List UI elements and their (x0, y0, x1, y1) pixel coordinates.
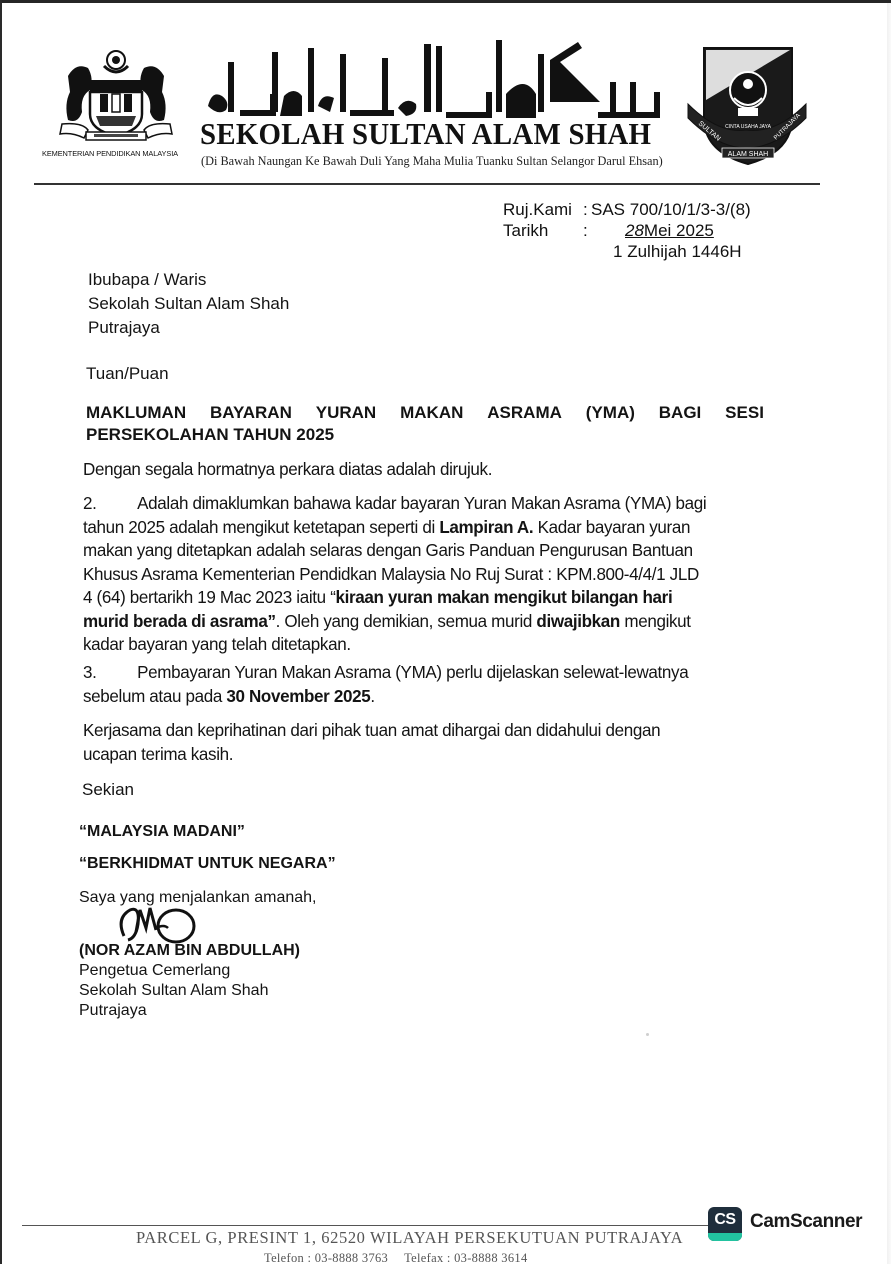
subject-word: MAKAN (400, 402, 463, 424)
slogan-malaysia-madani: “MALAYSIA MADANI” (79, 823, 245, 841)
subject-word: BAGI (659, 402, 702, 424)
ref-label: Ruj.Kami (503, 199, 583, 220)
signatory-title: Pengetua Cemerlang (79, 961, 300, 981)
subject-word: MAKLUMAN (86, 402, 186, 424)
paragraph-3: 3.Pembayaran Yuran Makan Asrama (YMA) pe… (83, 661, 753, 708)
slogan-berkhidmat: “BERKHIDMAT UNTUK NEGARA” (79, 855, 336, 873)
page-top-edge (0, 0, 891, 3)
ministry-label: KEMENTERIAN PENDIDIKAN MALAYSIA (42, 149, 178, 158)
letterhead-divider (34, 183, 820, 185)
letter-subject: MAKLUMANBAYARANYURANMAKANASRAMA(YMA)BAGI… (86, 402, 764, 446)
patronage-line: (Di Bawah Naungan Ke Bawah Duli Yang Mah… (201, 154, 663, 169)
paragraph-2: 2.Adalah dimaklumkan bahawa kadar bayara… (83, 492, 753, 657)
date-value: 28Mei 2025 (613, 220, 714, 241)
closing-paragraph: Kerjasama dan keprihatinan dari pihak tu… (83, 719, 753, 766)
footer-contacts: Telefon : 03-8888 3763Telefax : 03-8888 … (264, 1251, 528, 1264)
footer-address: PARCEL G, PRESINT 1, 62520 WILAYAH PERSE… (136, 1228, 683, 1248)
subject-word: (YMA) (586, 402, 635, 424)
subject-word: YURAN (316, 402, 376, 424)
recipient-address: Ibubapa / Waris Sekolah Sultan Alam Shah… (88, 268, 289, 340)
greeting-paragraph: Dengan segala hormatnya perkara diatas a… (83, 458, 753, 482)
page-left-edge (0, 0, 2, 1264)
subject-word: SESI (725, 402, 764, 424)
school-name-jawi (200, 30, 662, 126)
salutation: Tuan/Puan (86, 364, 169, 384)
camscanner-logo-icon: CS (708, 1207, 742, 1241)
subject-word: ASRAMA (487, 402, 562, 424)
scan-speck (646, 1033, 649, 1036)
school-crest-icon: ALAM SHAH SULTAN PUTRAJAYA CINTA USAHA J… (684, 44, 810, 166)
date-label: Tarikh (503, 220, 583, 241)
signatory-school: Sekolah Sultan Alam Shah (79, 981, 300, 1001)
sign-off: Sekian (82, 780, 134, 800)
page-right-edge (887, 3, 891, 1264)
hijri-date: 1 Zulhijah 1446H (503, 241, 742, 262)
footer-phone: Telefon : 03-8888 3763 (264, 1251, 388, 1264)
signatory-block: (NOR AZAM BIN ABDULLAH) Pengetua Cemerla… (79, 941, 300, 1021)
school-name: SEKOLAH SULTAN ALAM SHAH (200, 116, 651, 152)
svg-text:ALAM SHAH: ALAM SHAH (728, 151, 768, 158)
payment-deadline: 30 November 2025 (226, 686, 370, 706)
svg-text:CINTA USAHA JAYA: CINTA USAHA JAYA (725, 124, 772, 130)
reference-block: Ruj.Kami : SAS 700/10/1/3-3/(8) Tarikh :… (503, 199, 751, 262)
subject-word: BAYARAN (210, 402, 292, 424)
camscanner-watermark: CamScanner (750, 1211, 862, 1233)
signatory-name: (NOR AZAM BIN ABDULLAH) (79, 941, 300, 961)
malaysia-coat-of-arms-icon (54, 46, 178, 146)
footer-fax: Telefax : 03-8888 3614 (404, 1251, 527, 1264)
ref-value: SAS 700/10/1/3-3/(8) (591, 199, 751, 220)
signatory-city: Putrajaya (79, 1001, 300, 1021)
footer-divider (22, 1225, 710, 1226)
